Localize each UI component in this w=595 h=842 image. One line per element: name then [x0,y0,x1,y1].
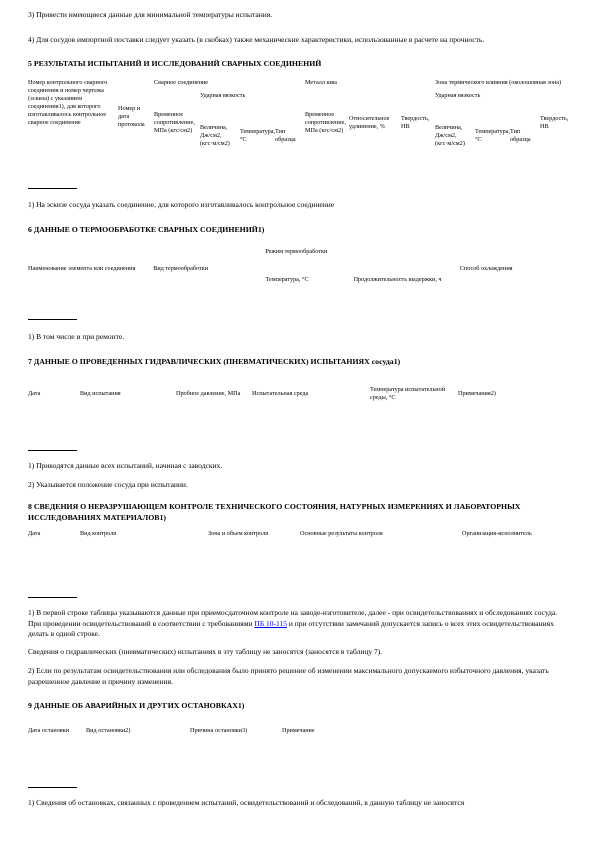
section8-footnote-2: 2) Если по результатам освидетельствован… [28,666,570,688]
col-header-stop-type: Вид остановки2) [86,727,190,739]
section8-heading: 8 СВЕДЕНИЯ О НЕРАЗРУШАЮЩЕМ КОНТРОЛЕ ТЕХН… [28,501,570,524]
footnote-separator [28,597,77,598]
col-header-impact-value-haz: Величина, Дж/см2, (кгс·м/см2) [435,117,475,155]
group-header-welded-joint: Сварное соединение [154,79,305,92]
col-header-control-org: Организация-исполнитель [462,530,570,542]
section6-heading: 6 ДАННЫЕ О ТЕРМООБРАБОТКЕ СВАРНЫХ СОЕДИН… [28,224,570,235]
col-header-tensile-metal: Временное сопротивление, МПа (кгс/см2) [305,92,349,155]
col-header-control-results: Основные результаты контроля [300,530,462,542]
section9-heading: 9 ДАННЫЕ ОБ АВАРИЙНЫХ И ДРУГИХ ОСТАНОВКА… [28,700,570,711]
col-header-tensile-joint: Временное сопротивление, МПа (кгс/см2) [154,92,200,155]
weld-tests-table-header: Номер контрольного сварного соединения и… [28,79,576,155]
col-header-control-joint-number: Номер контрольного сварного соединения и… [28,79,118,155]
group-header-impact-joint: Ударная вязкость [200,92,305,117]
col-header-test-medium-temp: Температура испытательной среды, °С [370,377,458,411]
col-header-specimen-joint: Тип образца [275,117,305,155]
group-header-weld-metal: Металл шва [305,79,435,92]
group-header-heat-mode: Режим термообработки [265,248,459,269]
section7-heading: 7 ДАННЫЕ О ПРОВЕДЕННЫХ ГИДРАВЛИЧЕСКИХ (П… [28,356,570,367]
pb-10-115-link[interactable]: ПБ 10-115 [254,619,287,628]
col-header-test-pressure: Пробное давление, МПа [176,377,252,411]
col-header-impact-temp-joint: Температура, °С [240,117,275,155]
col-header-specimen-haz: Тип образца [510,117,540,155]
section9-footnote: 1) Сведения об остановках, связанных с п… [28,798,570,809]
section7-footnote-2: 2) Указывается положение сосуда при испы… [28,480,570,491]
section8-footnote-1: 1) В первой строке таблицы указываются д… [28,608,570,641]
col-header-test-type: Вид испытания [80,377,176,411]
col-header-impact-temp-haz: Температура, °С [475,117,510,155]
col-header-stop-reason: Причина остановки3) [190,727,282,739]
col-header-test-medium: Испытательная среда [252,377,370,411]
col-header-cooling: Способ охлаждения [460,248,570,290]
shutdowns-table-header: Дата остановки Вид остановки2) Причина о… [28,727,570,739]
footnote-separator [28,450,77,451]
col-header-test-date: Дата [28,377,80,411]
section8-footnote-1-para2: Сведения о гидравлических (пневматически… [28,647,570,658]
col-header-hardness-metal: Твердость, НВ [401,92,435,155]
footnote-import-vessel: 4) Для сосудов импортной поставки следуе… [28,35,570,46]
col-header-hardness-haz: Твердость, НВ [540,92,576,155]
col-header-control-date: Дата [28,530,80,542]
col-header-heat-duration: Продолжительность выдержки, ч [354,269,460,290]
col-header-stop-note: Примечание [282,727,570,739]
col-header-heat-type: Вид термообработки [153,248,265,290]
hydro-tests-table-header: Дата Вид испытания Пробное давление, МПа… [28,377,570,411]
col-header-heat-temp: Температура, °С [265,269,353,290]
ndt-control-table-header: Дата Вид контроля Зона и объем контроля … [28,530,570,542]
footnote-separator [28,319,77,320]
document-page: 3) Привести имеющиеся данные для минимал… [0,0,595,842]
footnote-separator [28,188,77,189]
section5-heading: 5 РЕЗУЛЬТАТЫ ИСПЫТАНИЙ И ИССЛЕДОВАНИЙ СВ… [28,58,570,69]
col-header-protocol: Номер и дата протокола [118,79,154,155]
section5-footnote: 1) На эскизе сосуда указать соединение, … [28,200,570,211]
col-header-impact-value-joint: Величина, Дж/см2, (кгс·м/см2) [200,117,240,155]
section6-footnote: 1) В том числе и при ремонте. [28,332,570,343]
col-header-element-name: Наименование элемента или соединения [28,248,153,290]
col-header-control-zone: Зона и объем контроля [208,530,300,542]
col-header-stop-date: Дата остановки [28,727,86,739]
footnote-separator [28,787,77,788]
col-header-control-type: Вид контроля [80,530,208,542]
col-header-elongation: Относительное удлинение, % [349,92,401,155]
heat-treatment-table-header: Наименование элемента или соединения Вид… [28,248,570,290]
footnote-min-temperature: 3) Привести имеющиеся данные для минимал… [28,10,570,21]
group-header-haz: Зона термического влияния (околошовная з… [435,79,576,92]
col-header-test-notes: Примечания2) [458,377,570,411]
section7-footnote-1: 1) Приводятся данные всех испытаний, нач… [28,461,570,472]
group-header-impact-haz: Ударная вязкость [435,92,540,117]
